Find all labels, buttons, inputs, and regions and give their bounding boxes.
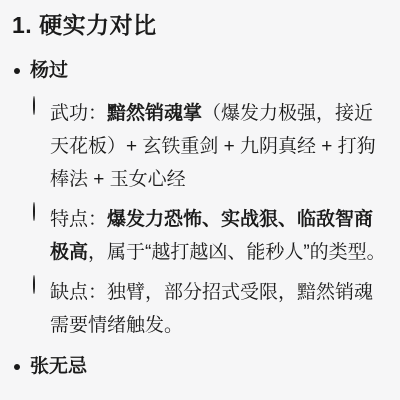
list-item-zhangwuji: 张无忌 bbox=[12, 350, 388, 383]
circle-bullet-icon bbox=[33, 276, 50, 294]
sub-list-item-text: 缺点：独臂，部分招式受限，黯然销魂需要情绪触发。 bbox=[50, 276, 388, 342]
sub-list-item-tedian: 特点：爆发力恐怖、实战狠、临敌智商极高，属于“越打越凶、能秒人”的类型。 bbox=[33, 203, 388, 269]
text-run-bold: 黯然销魂掌 bbox=[107, 103, 202, 124]
text-run-regular: ，属于“越打越凶、能秒人”的类型。 bbox=[88, 242, 386, 263]
text-run-regular: 武功： bbox=[50, 103, 107, 124]
sub-list-item-quedian: 缺点：独臂，部分招式受限，黯然销魂需要情绪触发。 bbox=[33, 276, 388, 342]
list-item-yangguo: 杨过 bbox=[12, 54, 388, 87]
circle-bullet-icon bbox=[33, 203, 50, 221]
sub-list-item-text: 特点：爆发力恐怖、实战狠、临敌智商极高，属于“越打越凶、能秒人”的类型。 bbox=[50, 203, 388, 269]
document-page: 1. 硬实力对比 杨过 武功：黯然销魂掌（爆发力极强，接近天花板）+ 玄铁重剑 … bbox=[0, 0, 400, 400]
bullet-icon bbox=[12, 350, 30, 370]
sub-list-item-text: 武功：黯然销魂掌（爆发力极强，接近天花板）+ 玄铁重剑 + 九阴真经 + 打狗棒… bbox=[50, 97, 388, 196]
list-item-label: 张无忌 bbox=[30, 350, 87, 383]
sub-list: 武功：黯然销魂掌（爆发力极强，接近天花板）+ 玄铁重剑 + 九阴真经 + 打狗棒… bbox=[33, 97, 388, 342]
circle-bullet-icon bbox=[33, 97, 50, 115]
text-run-regular: 缺点： bbox=[50, 282, 107, 303]
list-item-label: 杨过 bbox=[30, 54, 68, 87]
text-run-regular: 特点： bbox=[50, 209, 107, 230]
bullet-icon bbox=[12, 54, 30, 74]
section-heading: 1. 硬实力对比 bbox=[12, 0, 388, 40]
sub-list-item-wugong: 武功：黯然销魂掌（爆发力极强，接近天花板）+ 玄铁重剑 + 九阴真经 + 打狗棒… bbox=[33, 97, 388, 196]
